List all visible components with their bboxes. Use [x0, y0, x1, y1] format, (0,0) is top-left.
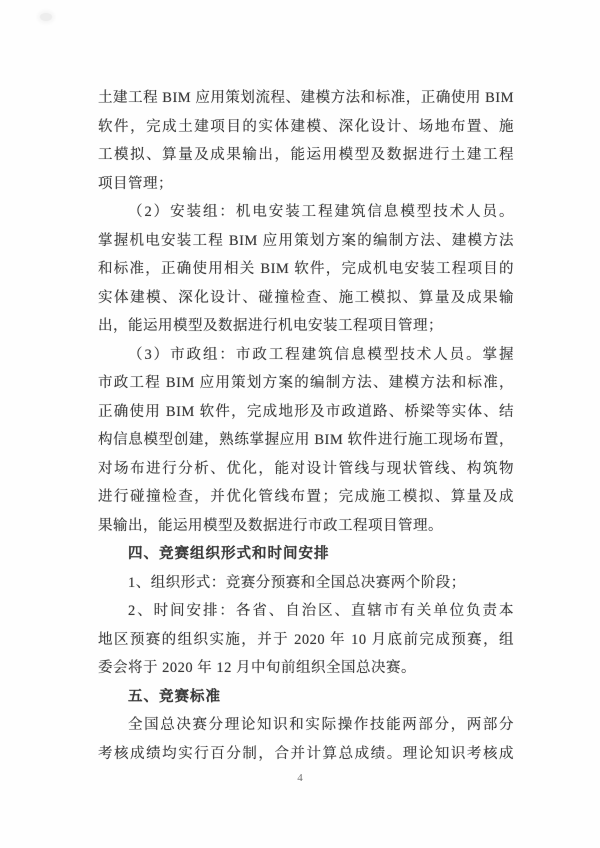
- paragraph-competition-standard: 全国总决赛分理论知识和实际操作技能两部分，两部分 考核成绩均实行百分制，合并计算…: [98, 711, 514, 768]
- body-line: 考核成绩均实行百分制，合并计算总成绩。理论知识考核成: [98, 740, 514, 769]
- section-heading: 五、竞赛标准: [98, 683, 514, 712]
- scan-artifact: [40, 13, 52, 21]
- paragraph-municipal-group: （3）市政组：市政工程建筑信息模型技术人员。掌握 市政工程 BIM 应用策划方案…: [98, 341, 514, 541]
- body-line: 项目管理；: [98, 170, 514, 199]
- body-line: 和标准，正确使用相关 BIM 软件，完成机电安装工程项目的: [98, 255, 514, 284]
- body-line: 工模拟、算量及成果输出，能运用模型及数据进行土建工程: [98, 141, 514, 170]
- document-page: 土建工程 BIM 应用策划流程、建模方法和标准，正确使用 BIM 软件，完成土建…: [0, 0, 600, 848]
- section-heading: 四、竞赛组织形式和时间安排: [98, 540, 514, 569]
- paragraph-organization-form: 1、组织形式：竞赛分预赛和全国总决赛两个阶段；: [98, 569, 514, 598]
- body-line: 土建工程 BIM 应用策划流程、建模方法和标准，正确使用 BIM: [98, 84, 514, 113]
- page-number: 4: [0, 772, 600, 784]
- body-line: 委会将于 2020 年 12 月中旬前组织全国总决赛。: [98, 654, 514, 683]
- section-heading-4: 四、竞赛组织形式和时间安排: [98, 540, 514, 569]
- paragraph-schedule: 2、时间安排：各省、自治区、直辖市有关单位负责本 地区预赛的组织实施，并于 20…: [98, 597, 514, 683]
- body-line: 地区预赛的组织实施，并于 2020 年 10 月底前完成预赛，组: [98, 626, 514, 655]
- section-heading-5: 五、竞赛标准: [98, 683, 514, 712]
- body-line: 构信息模型创建，熟练掌握应用 BIM 软件进行施工现场布置，: [98, 426, 514, 455]
- document-body: 土建工程 BIM 应用策划流程、建模方法和标准，正确使用 BIM 软件，完成土建…: [98, 84, 514, 768]
- body-line: 市政工程 BIM 应用策划方案的编制方法、建模方法和标准，: [98, 369, 514, 398]
- body-line: 软件，完成土建项目的实体建模、深化设计、场地布置、施: [98, 113, 514, 142]
- body-line: 掌握机电安装工程 BIM 应用策划方案的编制方法、建模方法: [98, 227, 514, 256]
- body-line: 正确使用 BIM 软件，完成地形及市政道路、桥梁等实体、结: [98, 398, 514, 427]
- body-line: 对场布进行分析、优化，能对设计管线与现状管线、构筑物: [98, 455, 514, 484]
- paragraph-civil-group-continuation: 土建工程 BIM 应用策划流程、建模方法和标准，正确使用 BIM 软件，完成土建…: [98, 84, 514, 198]
- body-line: 出，能运用模型及数据进行机电安装工程项目管理；: [98, 312, 514, 341]
- body-line: （2）安装组：机电安装工程建筑信息模型技术人员。: [98, 198, 514, 227]
- body-line: 进行碰撞检查，并优化管线布置；完成施工模拟、算量及成: [98, 483, 514, 512]
- body-line: 果输出，能运用模型及数据进行市政工程项目管理。: [98, 512, 514, 541]
- body-line: （3）市政组：市政工程建筑信息模型技术人员。掌握: [98, 341, 514, 370]
- body-line: 2、时间安排：各省、自治区、直辖市有关单位负责本: [98, 597, 514, 626]
- body-line: 全国总决赛分理论知识和实际操作技能两部分，两部分: [98, 711, 514, 740]
- body-line: 实体建模、深化设计、碰撞检查、施工模拟、算量及成果输: [98, 284, 514, 313]
- body-line: 1、组织形式：竞赛分预赛和全国总决赛两个阶段；: [98, 569, 514, 598]
- paragraph-installation-group: （2）安装组：机电安装工程建筑信息模型技术人员。 掌握机电安装工程 BIM 应用…: [98, 198, 514, 341]
